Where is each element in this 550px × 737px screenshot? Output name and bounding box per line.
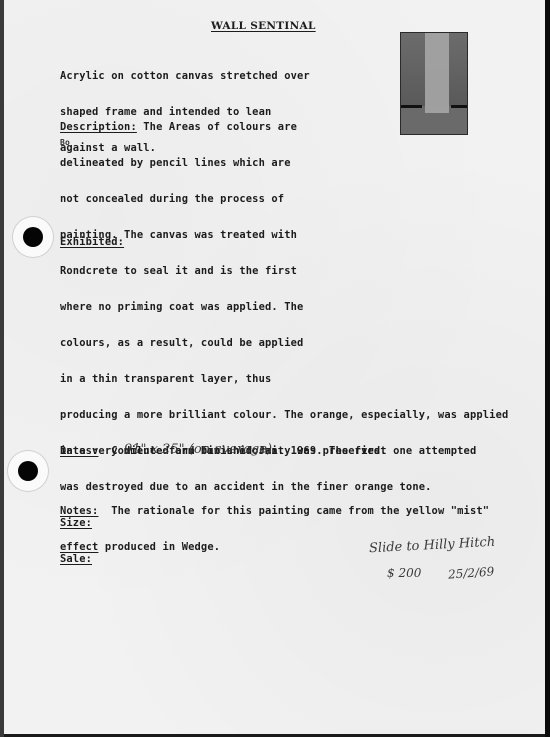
description-line: in a thin transparent layer, thus (60, 373, 508, 385)
dates-label: Dates: (60, 445, 98, 457)
description-line: producing a more brilliant colour. The o… (60, 409, 508, 421)
notes-text-line2: produced in Wedge. (98, 541, 220, 553)
notes-label: Notes: (60, 505, 98, 517)
handwritten-amount: $ 200 (387, 566, 421, 580)
page-title: WALL SENTINAL (211, 20, 316, 32)
intro-line: Acrylic on cotton canvas stretched over (60, 70, 310, 82)
description-line: delineated by pencil lines which are (60, 157, 508, 169)
description-text: The Areas of colours are (137, 121, 297, 133)
punch-hole-icon (12, 216, 54, 258)
description-line: Rondcrete to seal it and is the first (60, 265, 508, 277)
typing-overstrike: Bo (60, 139, 70, 147)
photo-shadow-right (451, 105, 468, 108)
description-line: where no priming coat was applied. The (60, 301, 508, 313)
exhibited-label: Exhibited: (60, 236, 124, 248)
handwritten-date: 25/2/69 (448, 564, 495, 581)
notes-text: The rationale for this painting came fro… (98, 505, 489, 517)
description-label: Description: (60, 121, 137, 133)
description-line: colours, as a result, could be applied (60, 337, 508, 349)
document-page: WALL SENTINAL Acrylic on cotton canvas s… (4, 0, 545, 734)
photo-painting-stripe (425, 33, 449, 113)
artwork-photo (400, 32, 468, 135)
description-line: not concealed during the process of (60, 193, 508, 205)
description-line: painting. The canvas was treated with (60, 229, 508, 241)
photo-shadow-left (401, 105, 422, 108)
size-handwritten-value: 91" x 25" (on average). (124, 442, 276, 457)
punch-hole-icon (7, 450, 49, 492)
notes-section: Notes: The rationale for this painting c… (60, 481, 489, 577)
scan-right-edge (545, 0, 550, 737)
notes-effect-word: effect (60, 541, 98, 553)
